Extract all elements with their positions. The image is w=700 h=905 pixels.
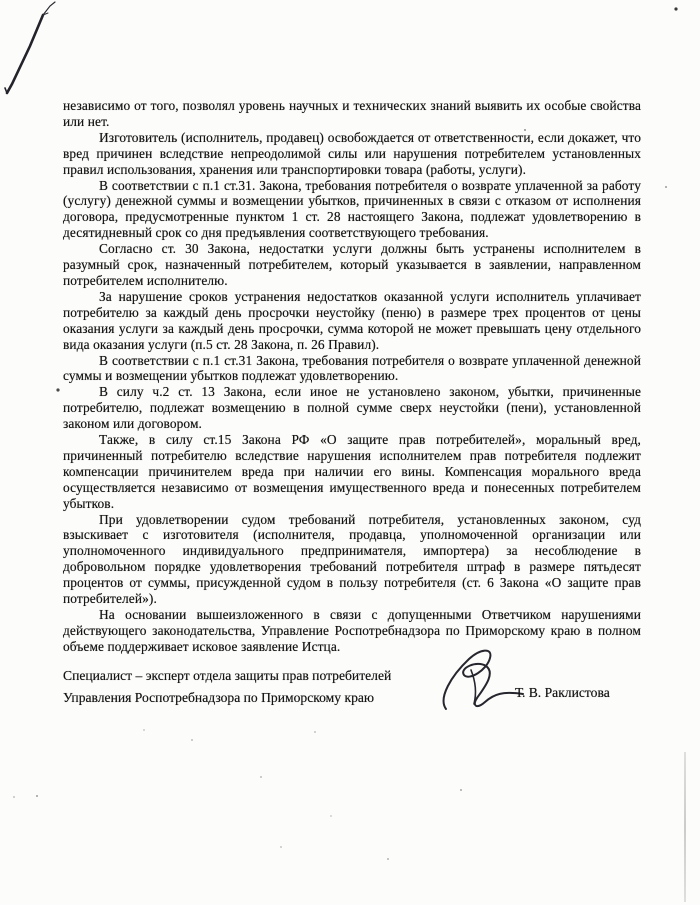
signatory-title-line2: Управления Роспотребнадзора по Приморско…: [63, 687, 443, 709]
handwritten-signature: [437, 646, 529, 718]
paragraph: Также, в силу ст.15 Закона РФ «О защите …: [63, 432, 641, 512]
paragraph: В соответствии с п.1 ст.31 Закона, требо…: [63, 353, 641, 385]
scan-edge-line: [684, 752, 686, 902]
pen-checkmark-icon: [0, 0, 70, 105]
paragraph: За нарушение сроков устранения недостатк…: [63, 289, 641, 353]
paragraph: В силу ч.2 ст. 13 Закона, если иное не у…: [63, 384, 641, 432]
document-body: независимо от того, позволял уровень нау…: [63, 98, 641, 655]
paragraph: На основании вышеизложенного в связи с д…: [63, 607, 641, 655]
paragraph: Согласно ст. 30 Закона, недостатки услуг…: [63, 241, 641, 289]
scan-noise: [0, 0, 2, 2]
signatory-title-line1: Специалист – эксперт отдела защиты прав …: [63, 665, 443, 687]
scanned-document-page: независимо от того, позволял уровень нау…: [0, 0, 700, 905]
signatory-name: Т. В. Раклистова: [515, 685, 610, 701]
paragraph: В соответствии с п.1 ст.31. Закона, треб…: [63, 178, 641, 242]
paragraph: Изготовитель (исполнитель, продавец) осв…: [63, 130, 641, 178]
signatory-title: Специалист – эксперт отдела защиты прав …: [63, 665, 443, 709]
paragraph: При удовлетворении судом требований потр…: [63, 512, 641, 607]
paragraph: независимо от того, позволял уровень нау…: [63, 98, 641, 130]
